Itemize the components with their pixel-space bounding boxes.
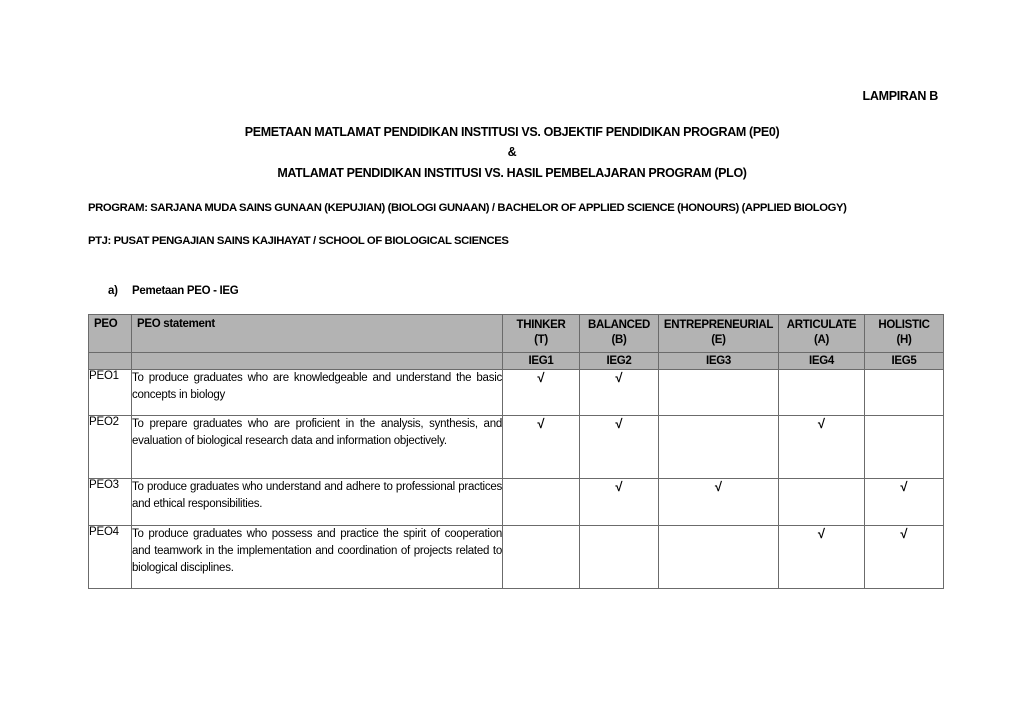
table-row: PEO1 To produce graduates who are knowle… bbox=[89, 370, 944, 416]
subheader-empty bbox=[132, 353, 503, 370]
check-mark-icon: √ bbox=[503, 370, 580, 416]
check-mark-icon bbox=[503, 526, 580, 589]
check-mark-icon bbox=[659, 526, 779, 589]
subheader-ieg-code: IEG1 bbox=[503, 353, 580, 370]
header-ieg-column: THINKER(T) bbox=[503, 315, 580, 353]
check-mark-icon: √ bbox=[580, 479, 659, 526]
check-mark-icon bbox=[503, 479, 580, 526]
check-mark-icon bbox=[865, 370, 944, 416]
header-ieg-column: ENTREPRENEURIAL(E) bbox=[659, 315, 779, 353]
table-subheader-row: IEG1 IEG2 IEG3 IEG4 IEG5 bbox=[89, 353, 944, 370]
ptj-label: PTJ: PUSAT PENGAJIAN SAINS KAJIHAYAT / S… bbox=[88, 235, 509, 247]
peo-id: PEO3 bbox=[89, 479, 132, 526]
check-mark-icon: √ bbox=[503, 416, 580, 479]
check-mark-icon bbox=[779, 479, 865, 526]
check-mark-icon bbox=[659, 416, 779, 479]
appendix-label: LAMPIRAN B bbox=[863, 89, 938, 103]
peo-statement: To prepare graduates who are proficient … bbox=[132, 416, 503, 479]
header-ieg-column: HOLISTIC(H) bbox=[865, 315, 944, 353]
peo-statement: To produce graduates who understand and … bbox=[132, 479, 503, 526]
header-peo-statement: PEO statement bbox=[132, 315, 503, 353]
table-header-row: PEO PEO statement THINKER(T) BALANCED(B)… bbox=[89, 315, 944, 353]
table-row: PEO2 To prepare graduates who are profic… bbox=[89, 416, 944, 479]
peo-statement: To produce graduates who possess and pra… bbox=[132, 526, 503, 589]
check-mark-icon bbox=[580, 526, 659, 589]
check-mark-icon bbox=[779, 370, 865, 416]
check-mark-icon: √ bbox=[580, 416, 659, 479]
peo-statement: To produce graduates who are knowledgeab… bbox=[132, 370, 503, 416]
peo-ieg-mapping-table: PEO PEO statement THINKER(T) BALANCED(B)… bbox=[88, 314, 944, 589]
subheader-ieg-code: IEG2 bbox=[580, 353, 659, 370]
check-mark-icon bbox=[659, 370, 779, 416]
check-mark-icon: √ bbox=[580, 370, 659, 416]
check-mark-icon: √ bbox=[779, 526, 865, 589]
program-label: PROGRAM: SARJANA MUDA SAINS GUNAAN (KEPU… bbox=[88, 202, 847, 214]
section-marker: a) bbox=[108, 285, 132, 297]
check-mark-icon: √ bbox=[865, 526, 944, 589]
check-mark-icon bbox=[865, 416, 944, 479]
section-title: Pemetaan PEO - IEG bbox=[132, 285, 238, 297]
check-mark-icon: √ bbox=[865, 479, 944, 526]
check-mark-icon: √ bbox=[779, 416, 865, 479]
table-row: PEO4 To produce graduates who possess an… bbox=[89, 526, 944, 589]
peo-id: PEO2 bbox=[89, 416, 132, 479]
header-peo: PEO bbox=[89, 315, 132, 353]
header-ieg-column: BALANCED(B) bbox=[580, 315, 659, 353]
document-title-ampersand: & bbox=[0, 145, 1024, 159]
subheader-ieg-code: IEG5 bbox=[865, 353, 944, 370]
header-ieg-column: ARTICULATE(A) bbox=[779, 315, 865, 353]
document-title-line-2: MATLAMAT PENDIDIKAN INSTITUSI VS. HASIL … bbox=[0, 166, 1024, 180]
table-row: PEO3 To produce graduates who understand… bbox=[89, 479, 944, 526]
peo-id: PEO4 bbox=[89, 526, 132, 589]
section-heading: a)Pemetaan PEO - IEG bbox=[108, 285, 238, 297]
subheader-ieg-code: IEG3 bbox=[659, 353, 779, 370]
check-mark-icon: √ bbox=[659, 479, 779, 526]
document-title-line-1: PEMETAAN MATLAMAT PENDIDIKAN INSTITUSI V… bbox=[0, 125, 1024, 139]
subheader-empty bbox=[89, 353, 132, 370]
subheader-ieg-code: IEG4 bbox=[779, 353, 865, 370]
peo-id: PEO1 bbox=[89, 370, 132, 416]
